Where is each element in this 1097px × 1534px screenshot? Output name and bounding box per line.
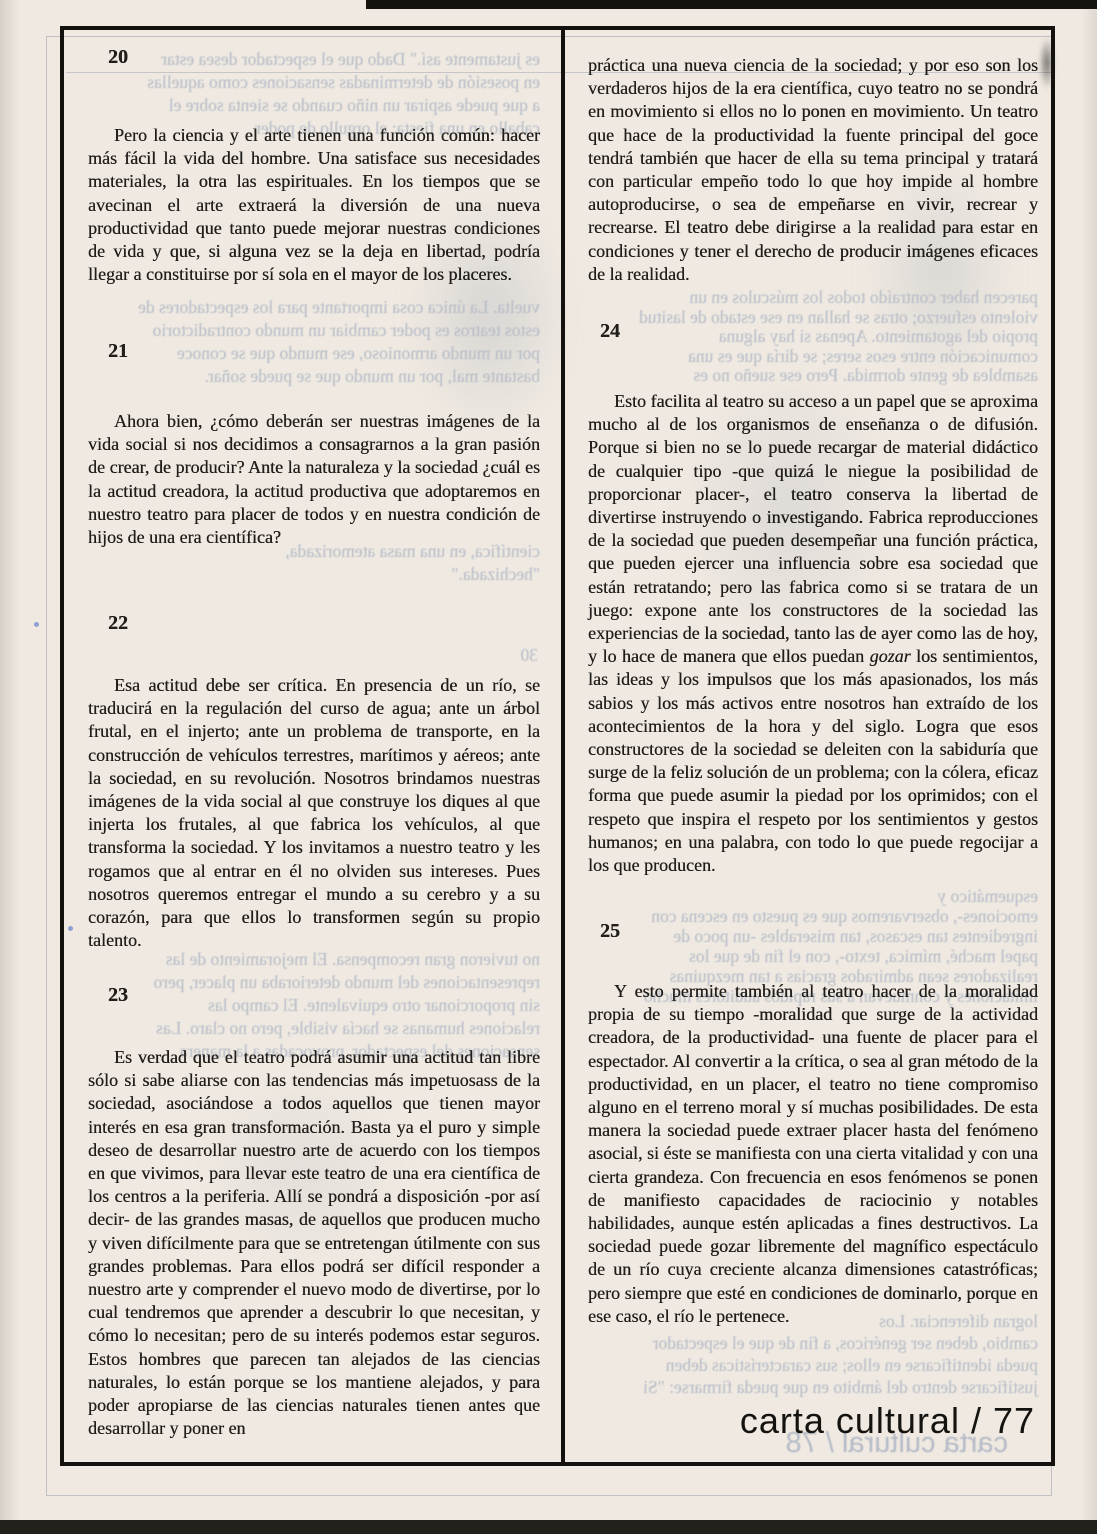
section-24-text-post: los sentimientos, las ideas y los impuls… [588, 646, 1038, 875]
ink-speck [34, 622, 39, 627]
scan-bottom-black-band [0, 1520, 1097, 1534]
scanned-document-page: { "document": { "type": "scanned magazin… [0, 0, 1097, 1534]
column-divider-rule [561, 26, 565, 1466]
section-23-paragraph: Es verdad que el teatro podrá asumir una… [88, 1046, 540, 1440]
section-24-italic-word: gozar [870, 646, 911, 666]
section-number-22: 22 [108, 612, 128, 635]
section-number-23: 23 [108, 984, 128, 1007]
section-20-paragraph: Pero la ciencia y el arte tienen una fun… [88, 124, 540, 286]
section-25-paragraph: Y esto permite también al teatro hacer d… [588, 980, 1038, 1328]
section-23-continuation-paragraph: práctica una nueva ciencia de la socieda… [588, 54, 1038, 286]
section-number-20: 20 [108, 46, 128, 69]
section-21-paragraph: Ahora bien, ¿cómo deberán ser nuestras i… [88, 410, 540, 549]
section-number-25: 25 [600, 920, 620, 943]
scan-top-black-bar [366, 0, 1097, 9]
section-22-paragraph: Esa actitud debe ser crítica. En presenc… [88, 674, 540, 952]
section-24-paragraph: Esto facilita al teatro su acceso a un p… [588, 390, 1038, 877]
footer-page-label: carta cultural / 77 [588, 1400, 1035, 1442]
section-number-21: 21 [108, 340, 128, 363]
section-24-text-pre: Esto facilita al teatro su acceso a un p… [588, 391, 1038, 666]
scan-edge-right [1081, 0, 1097, 1534]
scan-edge-left [0, 0, 20, 1534]
section-number-24: 24 [600, 320, 620, 343]
photocopy-corner-smudge [1036, 28, 1058, 98]
